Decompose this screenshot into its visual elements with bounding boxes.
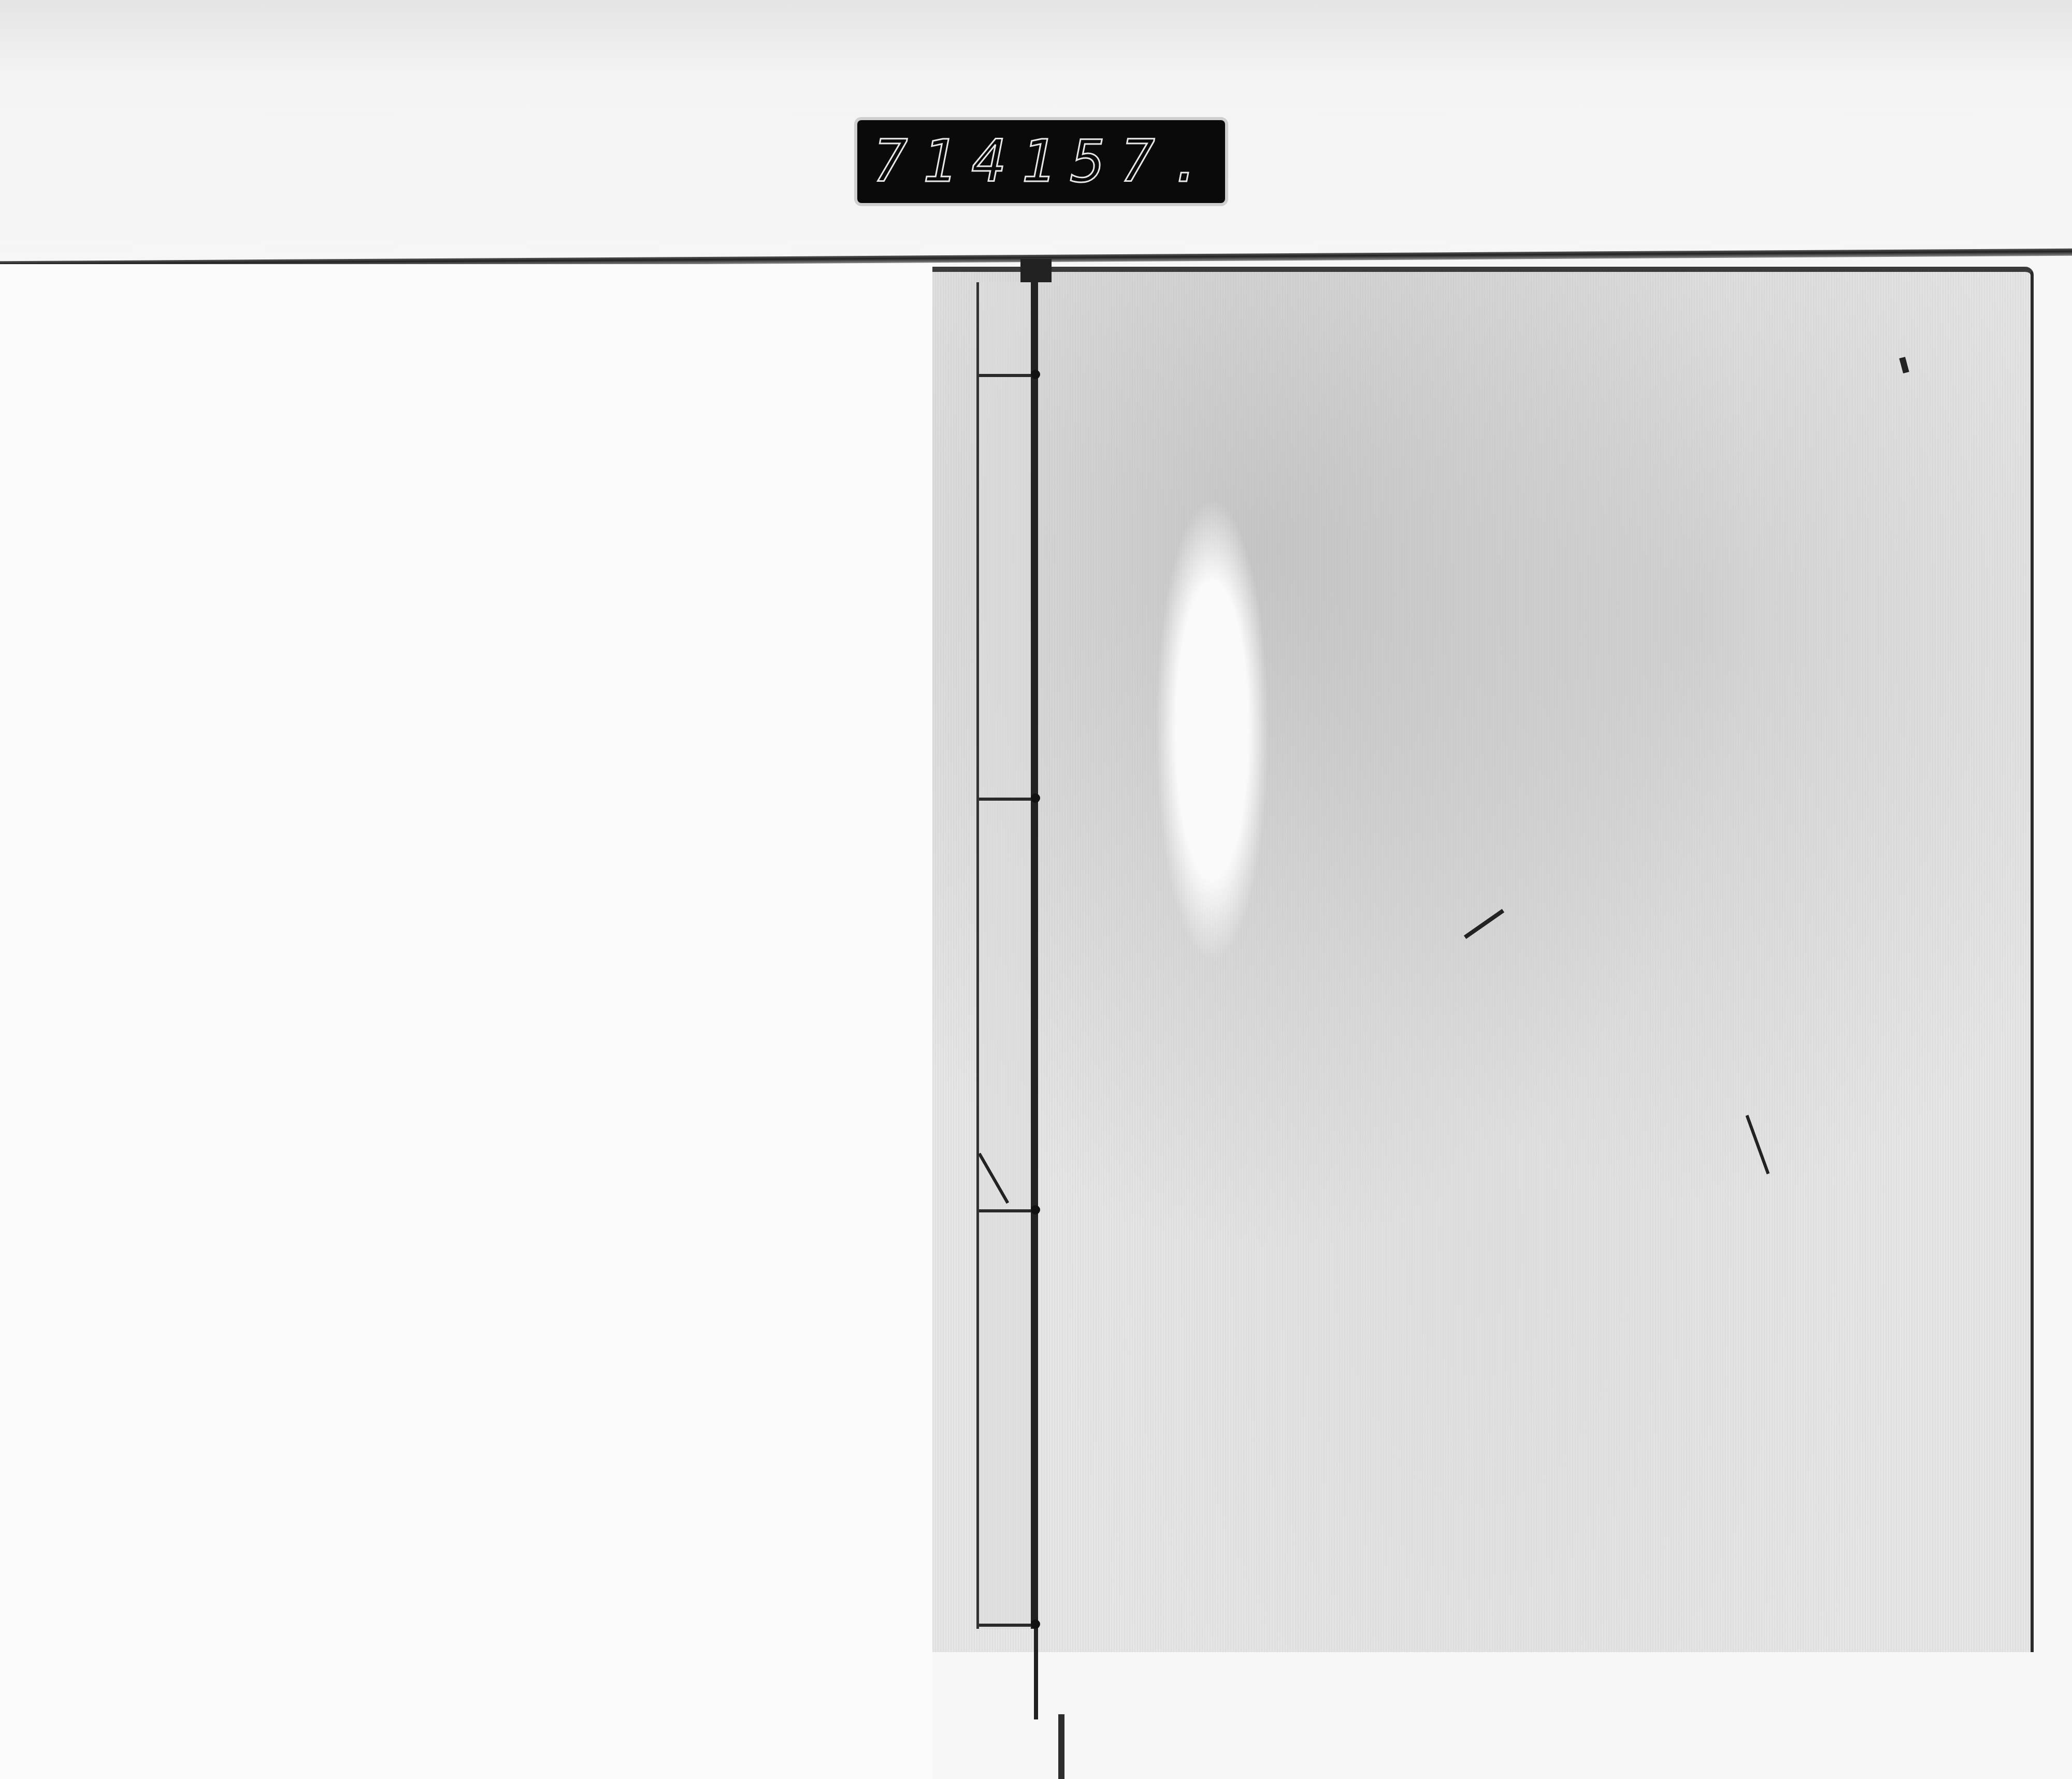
binding-clip	[1020, 259, 1052, 282]
thread-tail	[1058, 1714, 1064, 1779]
label-number-left: 714	[873, 128, 1021, 195]
stitch-hole-icon	[1031, 793, 1040, 803]
stitch-4	[979, 1624, 1036, 1627]
stitch-hole-icon	[1031, 1619, 1040, 1629]
binding-thread	[1034, 280, 1038, 1719]
stitch-hole-icon	[1031, 370, 1040, 379]
label-number-right: 157.	[1021, 128, 1219, 195]
stitch-2	[979, 798, 1036, 801]
book-cover	[932, 267, 2034, 1652]
stitch-3	[979, 1209, 1036, 1212]
catalog-number-label: 714 157.	[857, 120, 1225, 203]
blank-left-area	[0, 264, 932, 1779]
cover-worn-patch	[1155, 497, 1269, 963]
stitch-hole-icon	[1031, 1205, 1040, 1214]
stitch-1	[979, 374, 1036, 377]
book-spine	[976, 282, 1034, 1629]
